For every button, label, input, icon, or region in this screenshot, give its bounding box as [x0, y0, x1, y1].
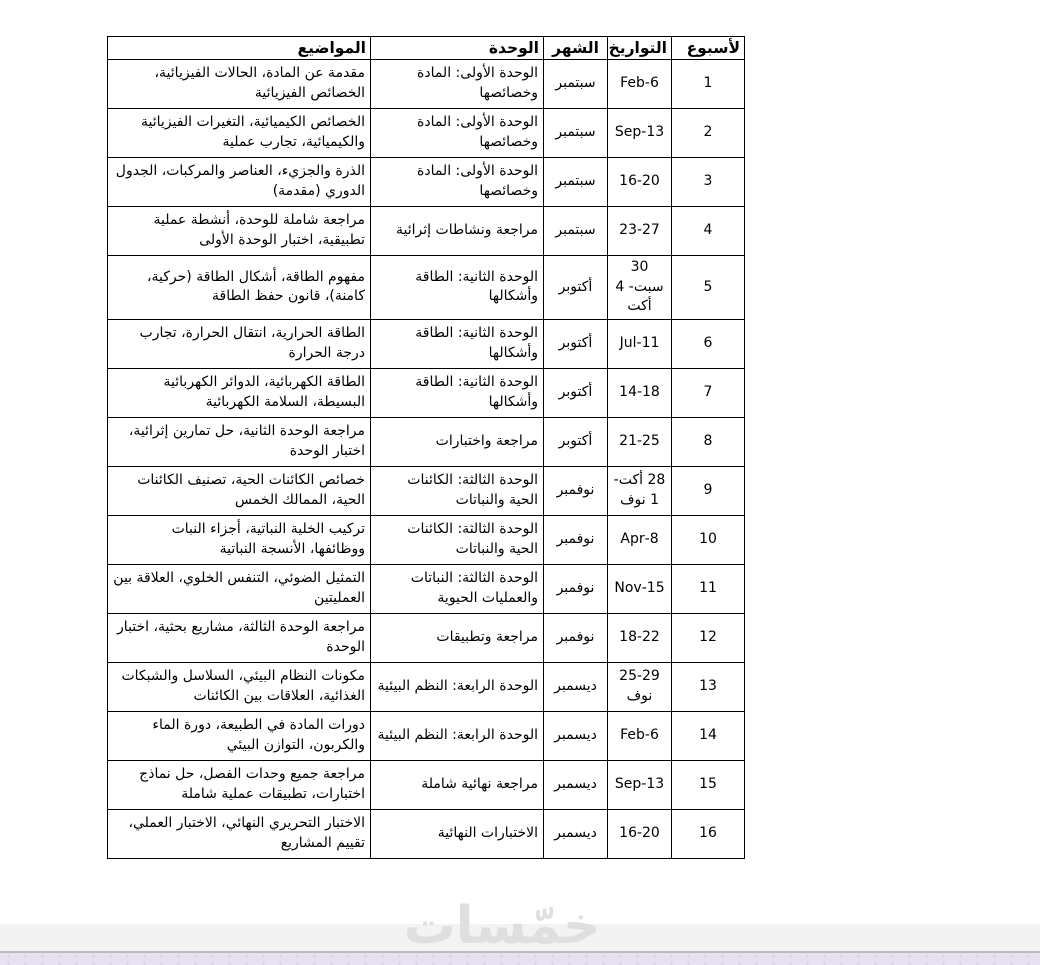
week-cell: 13	[672, 662, 745, 711]
table-row: 821-25أكتوبرمراجعة واختباراتمراجعة الوحد…	[108, 417, 745, 466]
table-row: 1218-22نوفمبرمراجعة وتطبيقاتمراجعة الوحد…	[108, 613, 745, 662]
dates-cell: 28 أكت- 1 نوف	[608, 466, 672, 515]
month-cell: سبتمبر	[544, 207, 608, 256]
month-cell: ديسمبر	[544, 760, 608, 809]
footer-lavender-band	[0, 953, 1040, 965]
unit-cell: مراجعة نهائية شاملة	[371, 760, 544, 809]
dates-cell: 14-18	[608, 368, 672, 417]
week-cell: 5	[672, 256, 745, 320]
topics-cell: الذرة والجزيء، العناصر والمركبات، الجدول…	[108, 158, 371, 207]
unit-cell: الوحدة الثانية: الطاقة وأشكالها	[371, 319, 544, 368]
week-cell: 4	[672, 207, 745, 256]
unit-cell: مراجعة ونشاطات إثرائية	[371, 207, 544, 256]
week-cell: 7	[672, 368, 745, 417]
month-cell: ديسمبر	[544, 809, 608, 858]
unit-cell: الوحدة الثانية: الطاقة وأشكالها	[371, 368, 544, 417]
topics-cell: مراجعة شاملة للوحدة، أنشطة عملية تطبيقية…	[108, 207, 371, 256]
week-cell: 3	[672, 158, 745, 207]
unit-cell: الوحدة الأولى: المادة وخصائصها	[371, 109, 544, 158]
unit-cell: الوحدة الأولى: المادة وخصائصها	[371, 158, 544, 207]
week-header: لأسبوع	[672, 37, 745, 60]
footer-gray-band	[0, 924, 1040, 951]
table-row: 530 سبت- 4 أكتأكتوبرالوحدة الثانية: الطا…	[108, 256, 745, 320]
month-cell: نوفمبر	[544, 613, 608, 662]
month-cell: أكتوبر	[544, 256, 608, 320]
topics-header: المواضيع	[108, 37, 371, 60]
dates-cell: 21-25	[608, 417, 672, 466]
week-cell: 2	[672, 109, 745, 158]
week-cell: 15	[672, 760, 745, 809]
week-cell: 6	[672, 319, 745, 368]
month-cell: سبتمبر	[544, 158, 608, 207]
week-cell: 11	[672, 564, 745, 613]
month-cell: أكتوبر	[544, 368, 608, 417]
month-cell: نوفمبر	[544, 466, 608, 515]
dates-cell: 13-Sep	[608, 760, 672, 809]
topics-cell: الطاقة الحرارية، انتقال الحرارة، تجارب د…	[108, 319, 371, 368]
dates-cell: 16-20	[608, 158, 672, 207]
topics-cell: مراجعة الوحدة الثانية، حل تمارين إثرائية…	[108, 417, 371, 466]
topics-cell: مكونات النظام البيئي، السلاسل والشبكات ا…	[108, 662, 371, 711]
week-cell: 12	[672, 613, 745, 662]
dates-cell: 11-Jul	[608, 319, 672, 368]
topics-cell: تركيب الخلية النباتية، أجزاء النبات ووظا…	[108, 515, 371, 564]
unit-cell: الوحدة الأولى: المادة وخصائصها	[371, 60, 544, 109]
month-cell: ديسمبر	[544, 711, 608, 760]
month-header: الشهر	[544, 37, 608, 60]
dates-cell: 13-Sep	[608, 109, 672, 158]
dates-header: التواريخ	[608, 37, 672, 60]
dates-cell: 30 سبت- 4 أكت	[608, 256, 672, 320]
topics-cell: الطاقة الكهربائية، الدوائر الكهربائية ال…	[108, 368, 371, 417]
month-cell: ديسمبر	[544, 662, 608, 711]
month-cell: سبتمبر	[544, 109, 608, 158]
week-cell: 16	[672, 809, 745, 858]
unit-cell: مراجعة واختبارات	[371, 417, 544, 466]
dates-cell: 8-Apr	[608, 515, 672, 564]
topics-cell: مراجعة جميع وحدات الفصل، حل نماذج اختبار…	[108, 760, 371, 809]
week-cell: 14	[672, 711, 745, 760]
table-row: 146-Febديسمبرالوحدة الرابعة: النظم البيئ…	[108, 711, 745, 760]
month-cell: نوفمبر	[544, 564, 608, 613]
dates-cell: 16-20	[608, 809, 672, 858]
month-cell: سبتمبر	[544, 60, 608, 109]
week-cell: 1	[672, 60, 745, 109]
table-row: 108-Aprنوفمبرالوحدة الثالثة: الكائنات ال…	[108, 515, 745, 564]
topics-cell: دورات المادة في الطبيعة، دورة الماء والك…	[108, 711, 371, 760]
dates-cell: 6-Feb	[608, 60, 672, 109]
table-row: 316-20سبتمبرالوحدة الأولى: المادة وخصائص…	[108, 158, 745, 207]
unit-cell: الاختبارات النهائية	[371, 809, 544, 858]
table-row: 1616-20ديسمبرالاختبارات النهائيةالاختبار…	[108, 809, 745, 858]
topics-cell: التمثيل الضوئي، التنفس الخلوي، العلاقة ب…	[108, 564, 371, 613]
unit-cell: الوحدة الثالثة: النباتات والعمليات الحيو…	[371, 564, 544, 613]
month-cell: أكتوبر	[544, 417, 608, 466]
topics-cell: الخصائص الكيميائية، التغيرات الفيزيائية …	[108, 109, 371, 158]
table-row: 611-Julأكتوبرالوحدة الثانية: الطاقة وأشك…	[108, 319, 745, 368]
unit-header: الوحدة	[371, 37, 544, 60]
week-cell: 9	[672, 466, 745, 515]
unit-cell: مراجعة وتطبيقات	[371, 613, 544, 662]
unit-cell: الوحدة الثانية: الطاقة وأشكالها	[371, 256, 544, 320]
unit-cell: الوحدة الثالثة: الكائنات الحية والنباتات	[371, 466, 544, 515]
table-row: 1325-29 نوفديسمبرالوحدة الرابعة: النظم ا…	[108, 662, 745, 711]
table-row: 16-Febسبتمبرالوحدة الأولى: المادة وخصائص…	[108, 60, 745, 109]
page: لأسبوع التواريخ الشهر الوحدة المواضيع 16…	[0, 0, 1040, 965]
topics-cell: الاختبار التحريري النهائي، الاختبار العم…	[108, 809, 371, 858]
unit-cell: الوحدة الثالثة: الكائنات الحية والنباتات	[371, 515, 544, 564]
table-row: 1115-Novنوفمبرالوحدة الثالثة: النباتات و…	[108, 564, 745, 613]
topics-cell: مفهوم الطاقة، أشكال الطاقة (حركية، كامنة…	[108, 256, 371, 320]
header-row: لأسبوع التواريخ الشهر الوحدة المواضيع	[108, 37, 745, 60]
unit-cell: الوحدة الرابعة: النظم البيئية	[371, 662, 544, 711]
unit-cell: الوحدة الرابعة: النظم البيئية	[371, 711, 544, 760]
topics-cell: مراجعة الوحدة الثالثة، مشاريع بحثية، اخت…	[108, 613, 371, 662]
table-row: 423-27سبتمبرمراجعة ونشاطات إثرائيةمراجعة…	[108, 207, 745, 256]
dates-cell: 18-22	[608, 613, 672, 662]
week-cell: 10	[672, 515, 745, 564]
table-row: 1513-Sepديسمبرمراجعة نهائية شاملةمراجعة …	[108, 760, 745, 809]
weekly-schedule-table-wrap: لأسبوع التواريخ الشهر الوحدة المواضيع 16…	[108, 36, 745, 859]
topics-cell: خصائص الكائنات الحية، تصنيف الكائنات الح…	[108, 466, 371, 515]
table-row: 213-Sepسبتمبرالوحدة الأولى: المادة وخصائ…	[108, 109, 745, 158]
dates-cell: 25-29 نوف	[608, 662, 672, 711]
dates-cell: 15-Nov	[608, 564, 672, 613]
table-row: 928 أكت- 1 نوفنوفمبرالوحدة الثالثة: الكا…	[108, 466, 745, 515]
table-body: 16-Febسبتمبرالوحدة الأولى: المادة وخصائص…	[108, 60, 745, 859]
topics-cell: مقدمة عن المادة، الحالات الفيزيائية، الخ…	[108, 60, 371, 109]
weekly-schedule-table: لأسبوع التواريخ الشهر الوحدة المواضيع 16…	[107, 36, 745, 859]
week-cell: 8	[672, 417, 745, 466]
dates-cell: 6-Feb	[608, 711, 672, 760]
month-cell: أكتوبر	[544, 319, 608, 368]
dates-cell: 23-27	[608, 207, 672, 256]
table-row: 714-18أكتوبرالوحدة الثانية: الطاقة وأشكا…	[108, 368, 745, 417]
month-cell: نوفمبر	[544, 515, 608, 564]
